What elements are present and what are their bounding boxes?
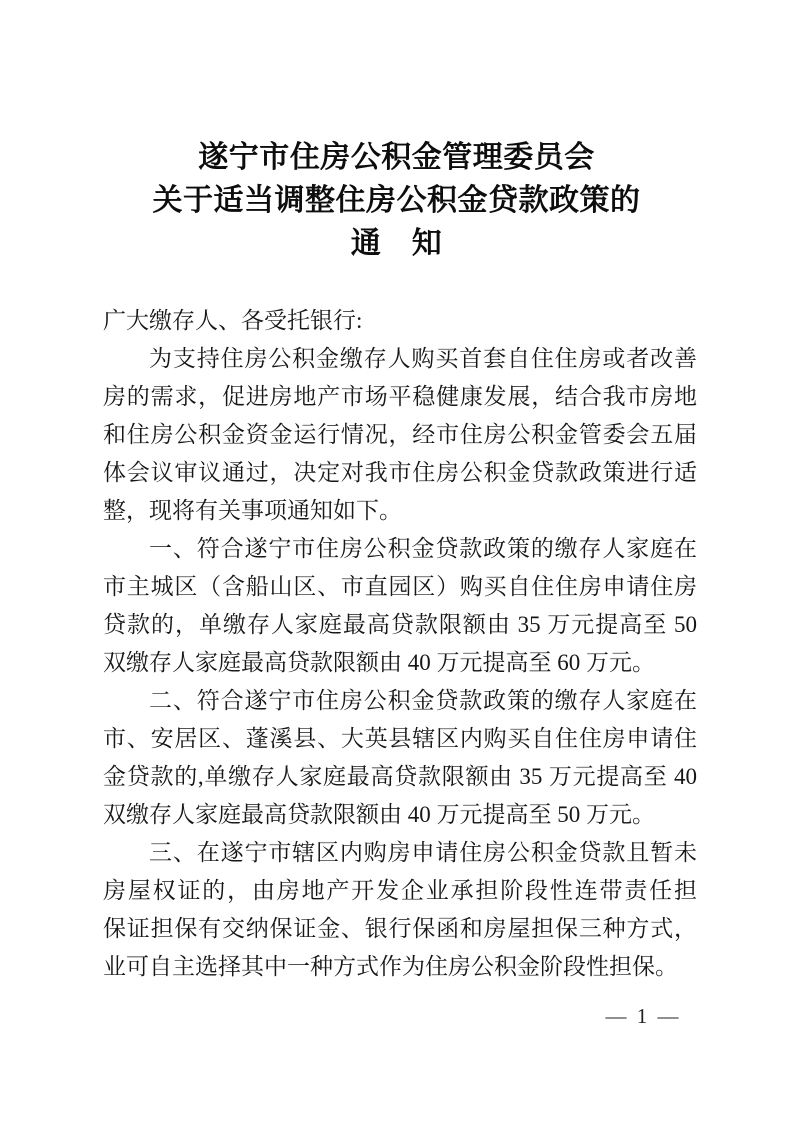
title-line-subject: 关于适当调整住房公积金贷款政策的 (0, 179, 793, 222)
page-number: — 1 — (562, 1001, 722, 1031)
body-line: 双缴存人家庭最高贷款限额由 40 万元提高至 50 万元。 (103, 796, 697, 834)
title-line-notice: 通 知 (0, 222, 793, 265)
body-line: 业可自主选择其中一种方式作为住房公积金阶段性担保。 (103, 948, 697, 986)
paragraph-2: 一、符合遂宁市住房公积金贷款政策的缴存人家庭在遂宁 市主城区（含船山区、市直园区… (103, 530, 697, 682)
document-page: 遂宁市住房公积金管理委员会 关于适当调整住房公积金贷款政策的 通 知 广大缴存人… (0, 0, 793, 1122)
body-line: 一、符合遂宁市住房公积金贷款政策的缴存人家庭在遂宁 (103, 530, 697, 568)
salutation: 广大缴存人、各受托银行: (103, 302, 697, 340)
body-line: 整，现将有关事项通知如下。 (103, 492, 697, 530)
body-line: 双缴存人家庭最高贷款限额由 40 万元提高至 60 万元。 (103, 644, 697, 682)
body-line: 市、安居区、蓬溪县、大英县辖区内购买自住住房申请住房公积 (103, 720, 697, 758)
paragraph-1: 为支持住房公积金缴存人购买首套自住住房或者改善性住 房的需求，促进房地产市场平稳… (103, 340, 697, 530)
body-line: 金贷款的,单缴存人家庭最高贷款限额由 35 万元提高至 40 万元， (103, 758, 697, 796)
body-line: 房的需求，促进房地产市场平稳健康发展，结合我市房地产市场 (103, 378, 697, 416)
paragraph-3: 二、符合遂宁市住房公积金贷款政策的缴存人家庭在射洪 市、安居区、蓬溪县、大英县辖… (103, 682, 697, 834)
body-line: 保证担保有交纳保证金、银行保函和房屋担保三种方式，开发企 (103, 910, 697, 948)
body-line: 房屋权证的，由房地产开发企业承担阶段性连带责任担保，贷款 (103, 872, 697, 910)
body-line: 二、符合遂宁市住房公积金贷款政策的缴存人家庭在射洪 (103, 682, 697, 720)
document-title: 遂宁市住房公积金管理委员会 关于适当调整住房公积金贷款政策的 通 知 (0, 136, 793, 265)
body-line: 贷款的，单缴存人家庭最高贷款限额由 35 万元提高至 50 万元， (103, 606, 697, 644)
body-line: 为支持住房公积金缴存人购买首套自住住房或者改善性住 (103, 340, 697, 378)
body-line: 市主城区（含船山区、市直园区）购买自住住房申请住房公积金 (103, 568, 697, 606)
document-body: 广大缴存人、各受托银行: 为支持住房公积金缴存人购买首套自住住房或者改善性住 房… (103, 302, 697, 986)
paragraph-4: 三、在遂宁市辖区内购房申请住房公积金贷款且暂未办理 房屋权证的，由房地产开发企业… (103, 834, 697, 986)
title-line-issuer: 遂宁市住房公积金管理委员会 (0, 136, 793, 179)
body-line: 体会议审议通过，决定对我市住房公积金贷款政策进行适当调 (103, 454, 697, 492)
body-line: 和住房公积金资金运行情况，经市住房公积金管委会五届三次全 (103, 416, 697, 454)
body-line: 三、在遂宁市辖区内购房申请住房公积金贷款且暂未办理 (103, 834, 697, 872)
